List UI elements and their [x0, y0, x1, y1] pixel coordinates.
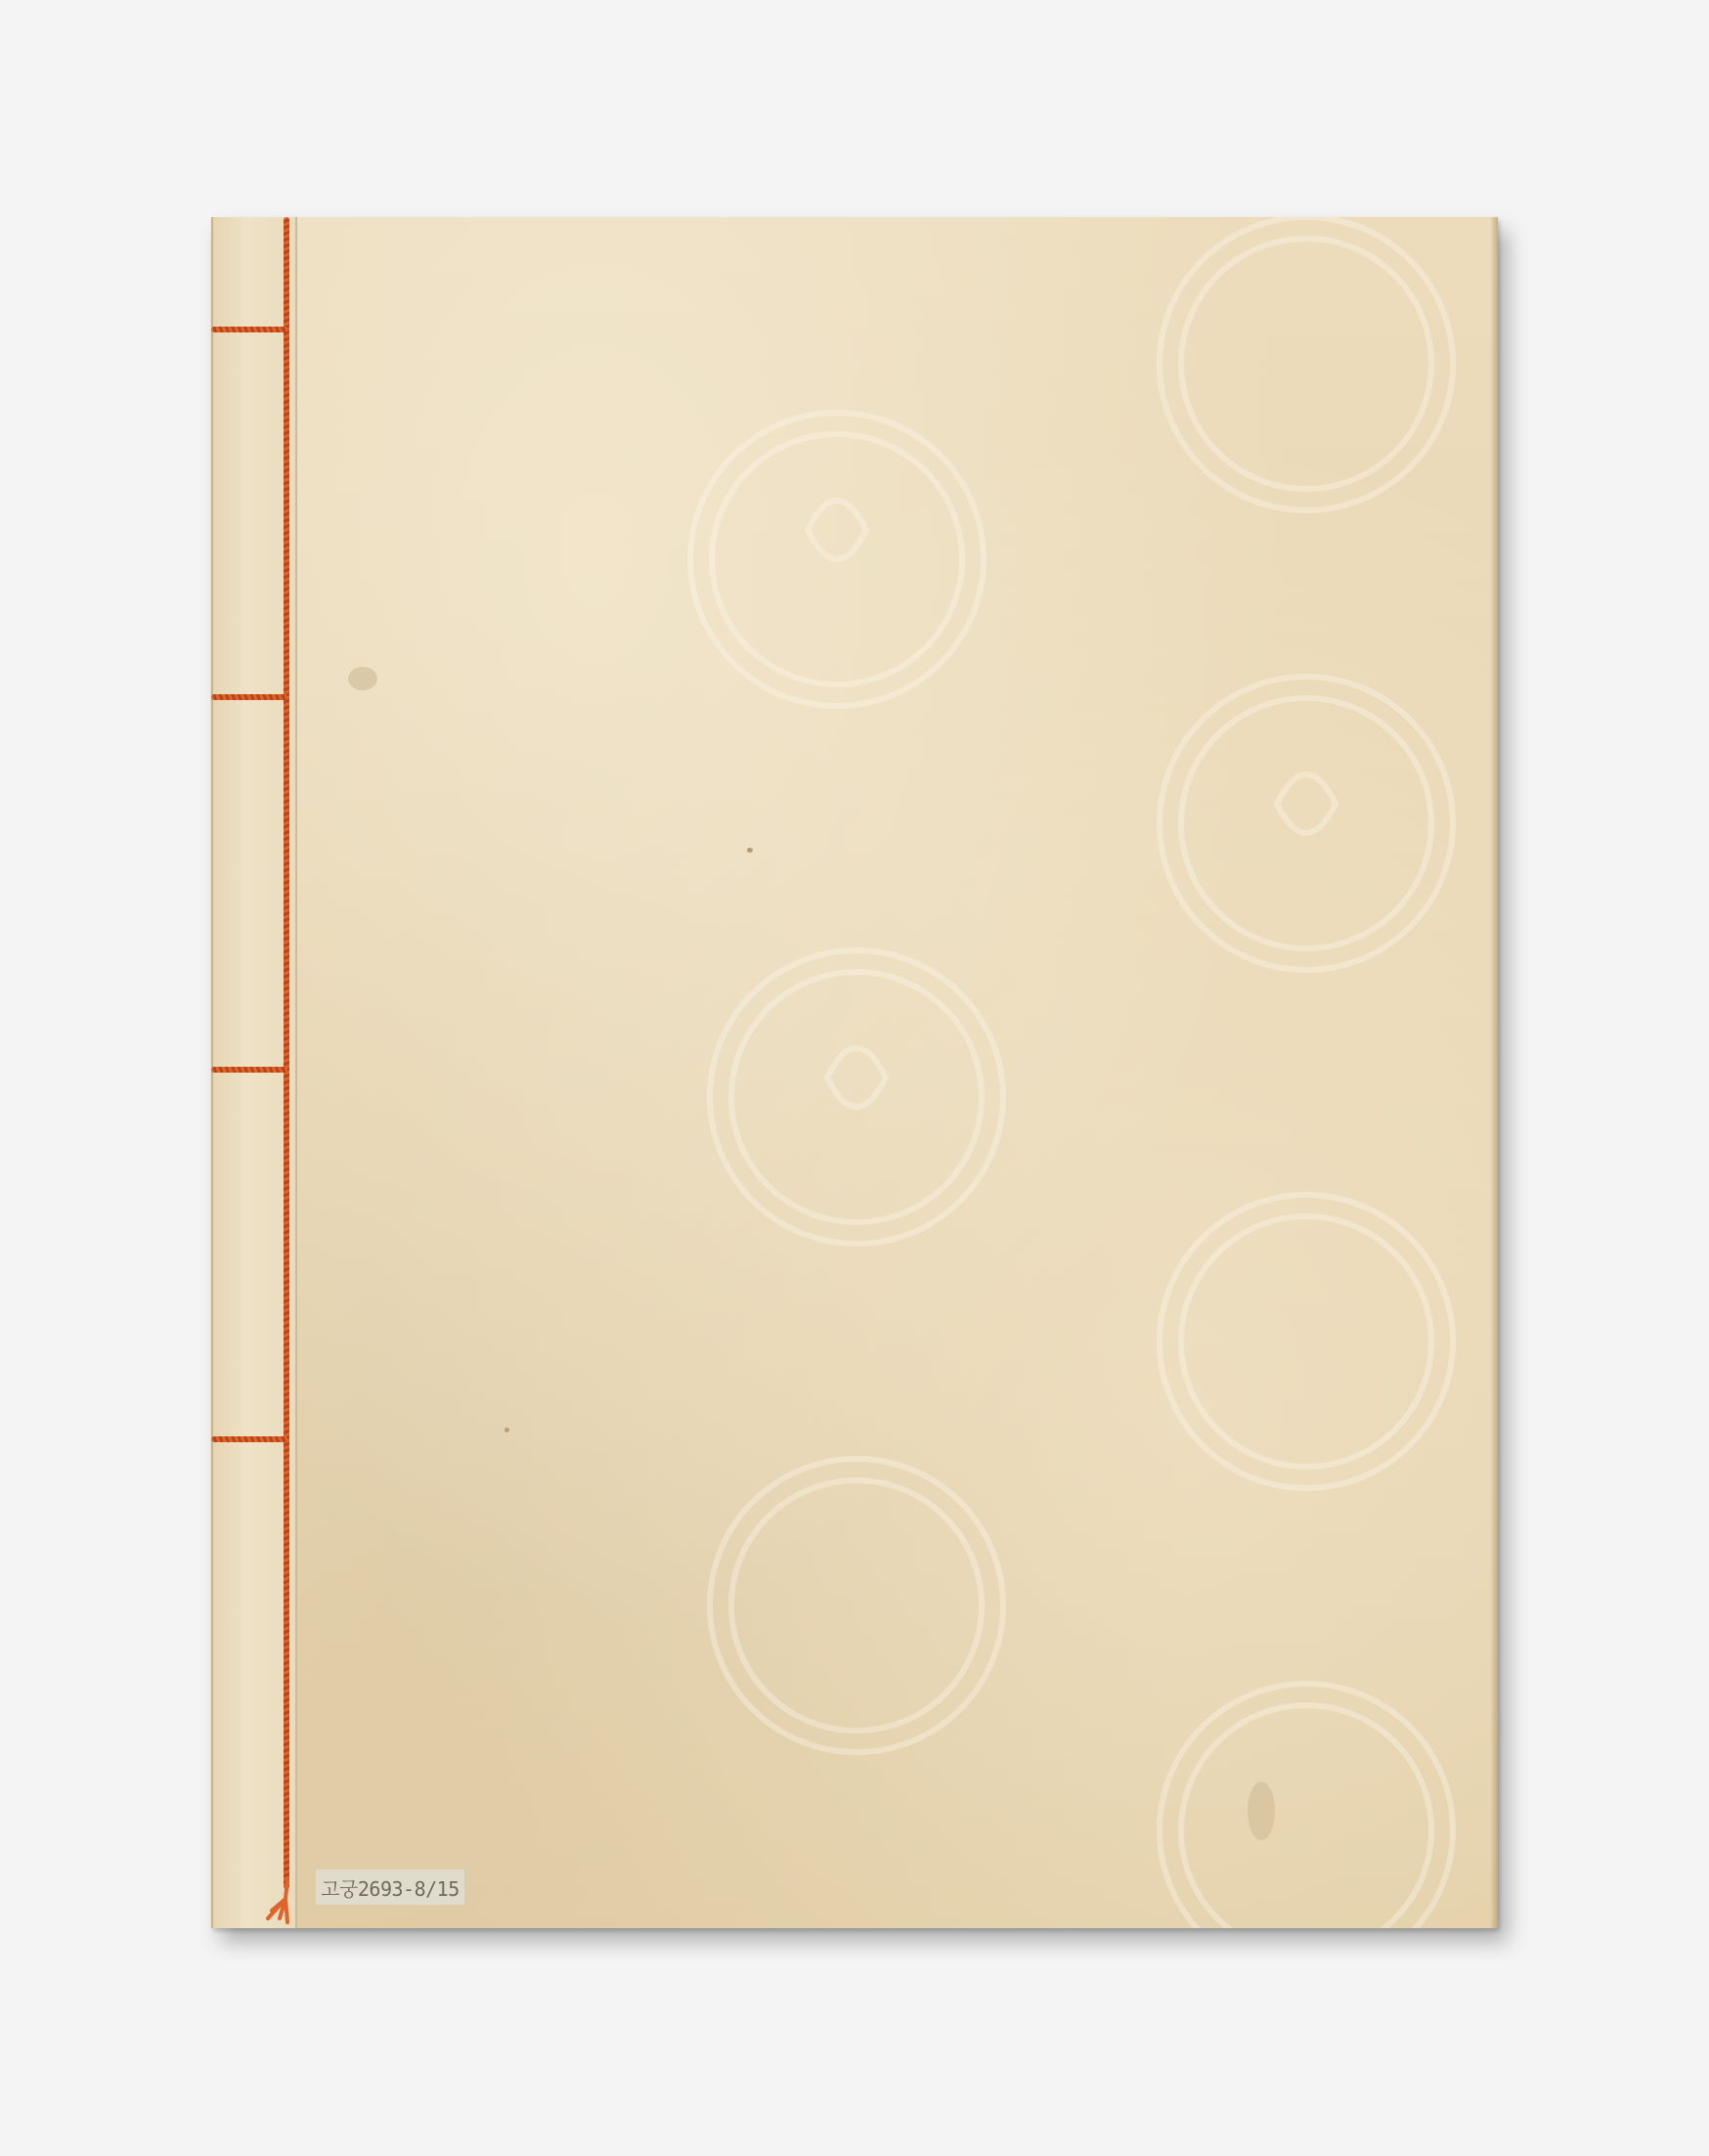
embossed-medallion-pattern: [661, 217, 1498, 1928]
binding-thread-stitch: [211, 694, 287, 700]
thread-tassel: [266, 1879, 295, 1928]
stain: [747, 848, 753, 853]
stain: [504, 1428, 509, 1432]
stain: [348, 667, 377, 690]
book-cover: 고궁2693-8/15: [211, 217, 1498, 1928]
binding-thread-stitch: [211, 327, 287, 332]
spine-fold-line: [295, 217, 297, 1928]
stain: [1248, 1782, 1275, 1840]
binding-thread-stitch: [211, 1436, 287, 1442]
binding-thread-vertical: [284, 217, 289, 1889]
catalog-label: 고궁2693-8/15: [316, 1870, 464, 1905]
binding-thread-stitch: [211, 1067, 287, 1073]
